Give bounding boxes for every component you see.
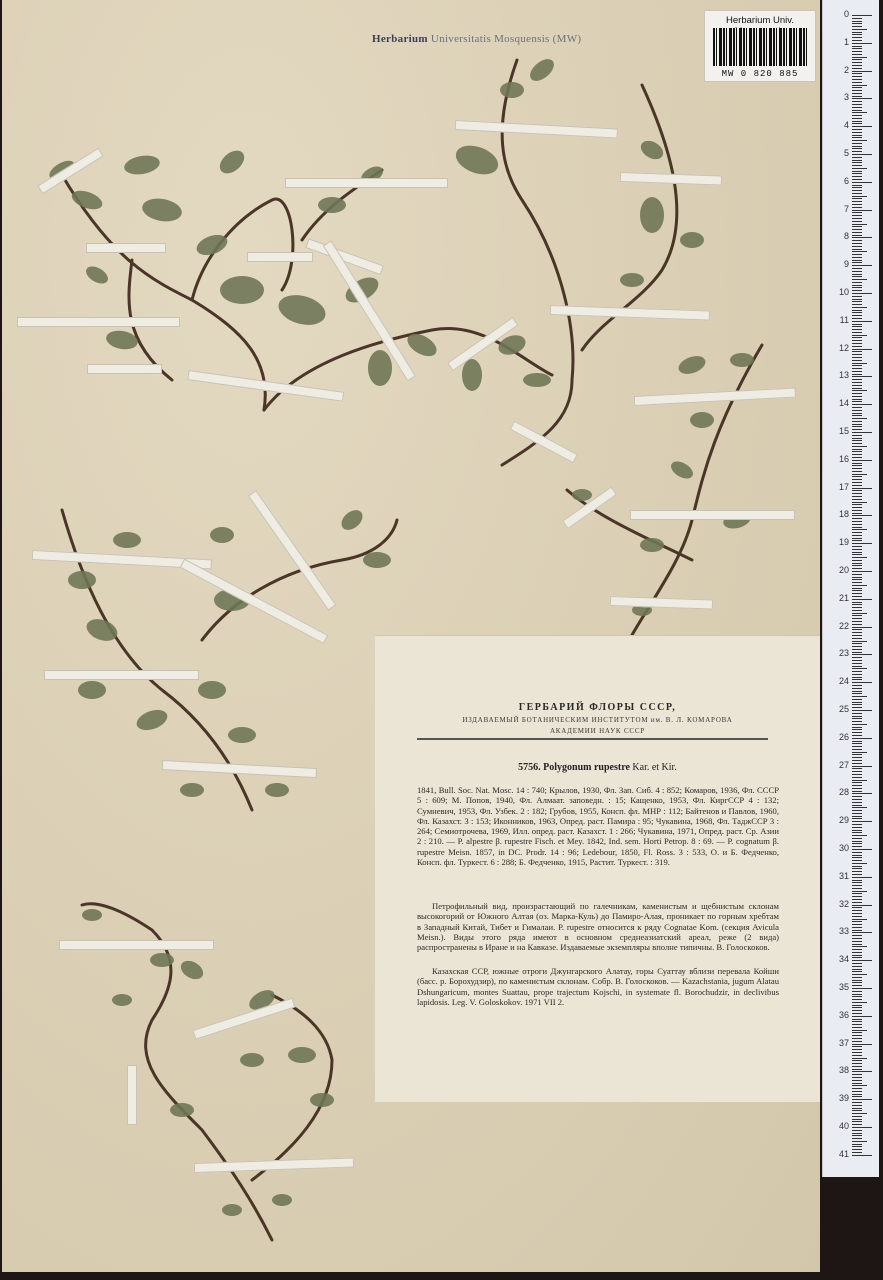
- ruler-mark: 4: [823, 126, 879, 127]
- ruler-minor-tick: [852, 838, 862, 839]
- ruler-minor-tick: [852, 604, 862, 605]
- ruler-mark: 7: [823, 210, 879, 211]
- ruler-minor-tick: [852, 143, 862, 144]
- ruler-minor-tick: [852, 1108, 862, 1109]
- ruler-minor-tick: [852, 641, 867, 642]
- ruler-label: 5: [827, 148, 849, 158]
- ruler-label: 14: [827, 398, 849, 408]
- ruler-minor-tick: [852, 201, 862, 202]
- ruler-label: 37: [827, 1038, 849, 1048]
- ruler-minor-tick: [852, 688, 862, 689]
- ruler-minor-tick: [852, 713, 862, 714]
- ruler-minor-tick: [852, 115, 862, 116]
- specimen-label: ГЕРБАРИЙ ФЛОРЫ СССР, ИЗДАВАЕМЫЙ БОТАНИЧЕ…: [375, 635, 820, 1102]
- ruler-minor-tick: [852, 1135, 862, 1136]
- ruler-minor-tick: [852, 935, 862, 936]
- ruler-minor-tick: [852, 621, 862, 622]
- label-header-title: ГЕРБАРИЙ ФЛОРЫ СССР,: [375, 702, 820, 713]
- ruler-minor-tick: [852, 415, 862, 416]
- ruler-minor-tick: [852, 160, 862, 161]
- ruler-minor-tick: [852, 37, 862, 38]
- ruler-tick: [852, 98, 872, 99]
- ruler-minor-tick: [852, 521, 862, 522]
- ruler-minor-tick: [852, 260, 862, 261]
- ruler-label: 16: [827, 454, 849, 464]
- ruler-minor-tick: [852, 96, 862, 97]
- ruler-minor-tick: [852, 399, 862, 400]
- ruler-minor-tick: [852, 274, 862, 275]
- cm-scale-ruler: 0123456789101112131415161718192021222324…: [822, 0, 879, 1177]
- ruler-mark: 21: [823, 599, 879, 600]
- ruler-minor-tick: [852, 249, 862, 250]
- ruler-minor-tick: [852, 151, 862, 152]
- ruler-minor-tick: [852, 479, 862, 480]
- ruler-minor-tick: [852, 724, 867, 725]
- ruler-label: 15: [827, 426, 849, 436]
- ruler-minor-tick: [852, 696, 867, 697]
- ruler-tick: [852, 710, 872, 711]
- ruler-minor-tick: [852, 899, 862, 900]
- ruler-minor-tick: [852, 57, 867, 58]
- ruler-minor-tick: [852, 23, 862, 24]
- ruler-mark: 36: [823, 1016, 879, 1017]
- ruler-minor-tick: [852, 949, 862, 950]
- ruler-tick: [852, 627, 872, 628]
- ruler-minor-tick: [852, 529, 867, 530]
- ruler-mark: 0: [823, 15, 879, 16]
- ruler-minor-tick: [852, 474, 867, 475]
- ruler-minor-tick: [852, 593, 862, 594]
- ruler-minor-tick: [852, 107, 862, 108]
- ruler-minor-tick: [852, 1021, 862, 1022]
- ruler-minor-tick: [852, 588, 862, 589]
- ruler-mark: 41: [823, 1155, 879, 1156]
- ruler-minor-tick: [852, 677, 862, 678]
- ruler-minor-tick: [852, 735, 862, 736]
- ruler-minor-tick: [852, 1094, 862, 1095]
- ruler-minor-tick: [852, 1038, 862, 1039]
- ruler-minor-tick: [852, 752, 867, 753]
- ruler-minor-tick: [852, 944, 862, 945]
- ruler-minor-tick: [852, 221, 862, 222]
- ruler-tick: [852, 988, 872, 989]
- ruler-label: 2: [827, 65, 849, 75]
- ruler-minor-tick: [852, 110, 862, 111]
- ruler-minor-tick: [852, 62, 862, 63]
- ruler-minor-tick: [852, 679, 862, 680]
- ruler-minor-tick: [852, 874, 862, 875]
- ruler-minor-tick: [852, 287, 862, 288]
- ruler-tick: [852, 210, 872, 211]
- ruler-minor-tick: [852, 860, 862, 861]
- ruler-minor-tick: [852, 707, 862, 708]
- ruler-minor-tick: [852, 835, 867, 836]
- ruler-minor-tick: [852, 919, 867, 920]
- ruler-minor-tick: [852, 190, 862, 191]
- ruler-minor-tick: [852, 48, 862, 49]
- ruler-minor-tick: [852, 215, 862, 216]
- ruler-tick: [852, 43, 872, 44]
- ruler-minor-tick: [852, 549, 862, 550]
- ruler-minor-tick: [852, 290, 862, 291]
- ruler-label: 32: [827, 899, 849, 909]
- ruler-minor-tick: [852, 930, 862, 931]
- ruler-minor-tick: [852, 1058, 867, 1059]
- ruler-minor-tick: [852, 1049, 862, 1050]
- ruler-minor-tick: [852, 524, 862, 525]
- ruler-minor-tick: [852, 771, 862, 772]
- ruler-label: 36: [827, 1010, 849, 1020]
- ruler-minor-tick: [852, 296, 862, 297]
- ruler-label: 13: [827, 370, 849, 380]
- ruler-minor-tick: [852, 1085, 867, 1086]
- ruler-tick: [852, 1127, 872, 1128]
- ruler-tick: [852, 126, 872, 127]
- ruler-minor-tick: [852, 749, 862, 750]
- ruler-minor-tick: [852, 232, 862, 233]
- ruler-minor-tick: [852, 1019, 862, 1020]
- ruler-tick: [852, 1016, 872, 1017]
- ruler-minor-tick: [852, 140, 867, 141]
- ruler-minor-tick: [852, 1035, 862, 1036]
- ruler-minor-tick: [852, 68, 862, 69]
- ruler-mark: 19: [823, 543, 879, 544]
- ruler-minor-tick: [852, 660, 862, 661]
- ruler-minor-tick: [852, 429, 862, 430]
- ruler-mark: 11: [823, 321, 879, 322]
- ruler-minor-tick: [852, 691, 862, 692]
- ruler-label: 8: [827, 231, 849, 241]
- ruler-minor-tick: [852, 168, 867, 169]
- ruler-minor-tick: [852, 426, 862, 427]
- ruler-minor-tick: [852, 390, 867, 391]
- ruler-minor-tick: [852, 449, 862, 450]
- ruler-minor-tick: [852, 396, 862, 397]
- ruler-minor-tick: [852, 262, 862, 263]
- ruler-minor-tick: [852, 810, 862, 811]
- ruler-minor-tick: [852, 996, 862, 997]
- ruler-minor-tick: [852, 246, 862, 247]
- ruler-minor-tick: [852, 29, 867, 30]
- ruler-tick: [852, 460, 872, 461]
- ruler-tick: [852, 376, 872, 377]
- ruler-label: 25: [827, 704, 849, 714]
- ruler-minor-tick: [852, 171, 862, 172]
- ruler-mark: 24: [823, 682, 879, 683]
- ruler-mark: 20: [823, 571, 879, 572]
- ruler-minor-tick: [852, 157, 862, 158]
- ruler-minor-tick: [852, 746, 862, 747]
- ruler-minor-tick: [852, 582, 862, 583]
- ruler-minor-tick: [852, 757, 862, 758]
- ruler-minor-tick: [852, 40, 862, 41]
- ruler-minor-tick: [852, 982, 862, 983]
- ruler-minor-tick: [852, 535, 862, 536]
- ruler-minor-tick: [852, 118, 862, 119]
- ruler-minor-tick: [852, 254, 862, 255]
- ruler-tick: [852, 877, 872, 878]
- ruler-minor-tick: [852, 135, 862, 136]
- ruler-minor-tick: [852, 357, 862, 358]
- ruler-minor-tick: [852, 251, 867, 252]
- ruler-minor-tick: [852, 585, 867, 586]
- ruler-mark: 17: [823, 488, 879, 489]
- ruler-minor-tick: [852, 977, 862, 978]
- ruler-minor-tick: [852, 137, 862, 138]
- ruler-minor-tick: [852, 971, 862, 972]
- ruler-label: 39: [827, 1093, 849, 1103]
- ruler-minor-tick: [852, 1138, 862, 1139]
- ruler-minor-tick: [852, 685, 862, 686]
- ruler-minor-tick: [852, 499, 862, 500]
- ruler-minor-tick: [852, 465, 862, 466]
- ruler-minor-tick: [852, 410, 862, 411]
- ruler-minor-tick: [852, 743, 862, 744]
- ruler-minor-tick: [852, 888, 862, 889]
- ruler-mark: 6: [823, 182, 879, 183]
- ruler-minor-tick: [852, 335, 867, 336]
- ruler-minor-tick: [852, 716, 862, 717]
- ruler-minor-tick: [852, 830, 862, 831]
- ruler-minor-tick: [852, 763, 862, 764]
- ruler-minor-tick: [852, 999, 862, 1000]
- ruler-tick: [852, 1044, 872, 1045]
- ruler-minor-tick: [852, 994, 862, 995]
- ruler-minor-tick: [852, 832, 862, 833]
- ruler-tick: [852, 905, 872, 906]
- ruler-label: 34: [827, 954, 849, 964]
- ruler-minor-tick: [852, 891, 867, 892]
- ruler-minor-tick: [852, 226, 862, 227]
- ruler-minor-tick: [852, 368, 862, 369]
- ruler-minor-tick: [852, 557, 867, 558]
- ruler-minor-tick: [852, 1046, 862, 1047]
- ruler-minor-tick: [852, 513, 862, 514]
- mounting-strip: [87, 364, 162, 374]
- ruler-minor-tick: [852, 388, 862, 389]
- ruler-minor-tick: [852, 607, 862, 608]
- ruler-minor-tick: [852, 702, 862, 703]
- ruler-minor-tick: [852, 337, 862, 338]
- ruler-mark: 39: [823, 1099, 879, 1100]
- ruler-minor-tick: [852, 938, 862, 939]
- barcode-label: Herbarium Univ. Mosquensis MW 0 820 885: [704, 10, 816, 82]
- ruler-minor-tick: [852, 463, 862, 464]
- ruler-minor-tick: [852, 699, 862, 700]
- ruler-minor-tick: [852, 590, 862, 591]
- ruler-minor-tick: [852, 451, 862, 452]
- ruler-minor-tick: [852, 418, 867, 419]
- ruler-minor-tick: [852, 1124, 862, 1125]
- ruler-minor-tick: [852, 346, 862, 347]
- ruler-minor-tick: [852, 421, 862, 422]
- ruler-minor-tick: [852, 340, 862, 341]
- ruler-mark: 15: [823, 432, 879, 433]
- ruler-minor-tick: [852, 1030, 867, 1031]
- ruler-minor-tick: [852, 379, 862, 380]
- ruler-minor-tick: [852, 382, 862, 383]
- ruler-minor-tick: [852, 963, 862, 964]
- ruler-minor-tick: [852, 1010, 862, 1011]
- ruler-tick: [852, 821, 872, 822]
- ruler-minor-tick: [852, 34, 862, 35]
- ruler-mark: 32: [823, 905, 879, 906]
- ruler-mark: 35: [823, 988, 879, 989]
- ruler-minor-tick: [852, 846, 862, 847]
- ruler-mark: 16: [823, 460, 879, 461]
- ruler-minor-tick: [852, 896, 862, 897]
- ruler-minor-tick: [852, 741, 862, 742]
- ruler-minor-tick: [852, 729, 862, 730]
- ruler-minor-tick: [852, 129, 862, 130]
- ruler-minor-tick: [852, 1152, 862, 1153]
- ruler-tick: [852, 488, 872, 489]
- label-locality: Казахская ССР, южные отроги Джунгарского…: [417, 966, 779, 1007]
- ruler-minor-tick: [852, 1130, 862, 1131]
- ruler-minor-tick: [852, 1024, 862, 1025]
- ruler-minor-tick: [852, 560, 862, 561]
- ruler-minor-tick: [852, 671, 862, 672]
- ruler-minor-tick: [852, 974, 867, 975]
- ruler-tick: [852, 1099, 872, 1100]
- ruler-minor-tick: [852, 207, 862, 208]
- ruler-label: 0: [827, 9, 849, 19]
- ruler-minor-tick: [852, 704, 862, 705]
- ruler-minor-tick: [852, 554, 862, 555]
- ruler-minor-tick: [852, 1077, 862, 1078]
- ruler-minor-tick: [852, 791, 862, 792]
- ruler-minor-tick: [852, 93, 862, 94]
- ruler-minor-tick: [852, 424, 862, 425]
- ruler-minor-tick: [852, 663, 862, 664]
- ruler-minor-tick: [852, 401, 862, 402]
- ruler-tick: [852, 321, 872, 322]
- ruler-tick: [852, 599, 872, 600]
- ruler-minor-tick: [852, 360, 862, 361]
- ruler-minor-tick: [852, 510, 862, 511]
- ruler-minor-tick: [852, 805, 862, 806]
- ruler-minor-tick: [852, 385, 862, 386]
- ruler-label: 19: [827, 537, 849, 547]
- ruler-label: 29: [827, 815, 849, 825]
- ruler-minor-tick: [852, 307, 867, 308]
- ruler-minor-tick: [852, 485, 862, 486]
- ruler-label: 10: [827, 287, 849, 297]
- ruler-minor-tick: [852, 852, 862, 853]
- ruler-minor-tick: [852, 374, 862, 375]
- ruler-tick: [852, 154, 872, 155]
- ruler-minor-tick: [852, 880, 862, 881]
- barcode-bars: [713, 28, 807, 66]
- ruler-minor-tick: [852, 312, 862, 313]
- ruler-minor-tick: [852, 471, 862, 472]
- ruler-minor-tick: [852, 224, 867, 225]
- ruler-minor-tick: [852, 165, 862, 166]
- ruler-minor-tick: [852, 518, 862, 519]
- ruler-minor-tick: [852, 365, 862, 366]
- label-header-academy: АКАДЕМИИ НАУК СССР: [375, 727, 820, 735]
- ruler-minor-tick: [852, 574, 862, 575]
- mounting-strip: [86, 243, 166, 253]
- ruler-tick: [852, 15, 872, 16]
- ruler-minor-tick: [852, 613, 867, 614]
- ruler-minor-tick: [852, 496, 862, 497]
- ruler-minor-tick: [852, 777, 862, 778]
- ruler-minor-tick: [852, 235, 862, 236]
- ruler-label: 18: [827, 509, 849, 519]
- ruler-minor-tick: [852, 666, 862, 667]
- ruler-minor-tick: [852, 73, 862, 74]
- ruler-minor-tick: [852, 768, 862, 769]
- ruler-tick: [852, 182, 872, 183]
- ruler-minor-tick: [852, 813, 862, 814]
- ruler-minor-tick: [852, 343, 862, 344]
- ruler-minor-tick: [852, 1149, 862, 1150]
- ruler-minor-tick: [852, 32, 862, 33]
- label-description: Петрофильный вид, произрастающий по гале…: [417, 901, 779, 952]
- ruler-minor-tick: [852, 257, 862, 258]
- ruler-label: 33: [827, 926, 849, 936]
- ruler-minor-tick: [852, 618, 862, 619]
- ruler-minor-tick: [852, 693, 862, 694]
- ruler-minor-tick: [852, 310, 862, 311]
- ruler-tick: [852, 682, 872, 683]
- ruler-minor-tick: [852, 1083, 862, 1084]
- ruler-tick: [852, 432, 872, 433]
- ruler-minor-tick: [852, 490, 862, 491]
- ruler-minor-tick: [852, 718, 862, 719]
- ruler-minor-tick: [852, 863, 867, 864]
- ruler-minor-tick: [852, 65, 862, 66]
- ruler-label: 4: [827, 120, 849, 130]
- ruler-minor-tick: [852, 902, 862, 903]
- ruler-label: 30: [827, 843, 849, 853]
- ruler-tick: [852, 654, 872, 655]
- ruler-minor-tick: [852, 760, 862, 761]
- ruler-minor-tick: [852, 910, 862, 911]
- ruler-mark: 28: [823, 793, 879, 794]
- ruler-minor-tick: [852, 318, 862, 319]
- ruler-minor-tick: [852, 1066, 862, 1067]
- ruler-minor-tick: [852, 1133, 862, 1134]
- ruler-minor-tick: [852, 552, 862, 553]
- ruler-minor-tick: [852, 468, 862, 469]
- ruler-minor-tick: [852, 324, 862, 325]
- ruler-minor-tick: [852, 882, 862, 883]
- label-header-publisher: ИЗДАВАЕМЫЙ БОТАНИЧЕСКИМ ИНСТИТУТОМ им. В…: [375, 716, 820, 724]
- ruler-minor-tick: [852, 285, 862, 286]
- ruler-label: 27: [827, 760, 849, 770]
- ruler-mark: 40: [823, 1127, 879, 1128]
- ruler-minor-tick: [852, 1063, 862, 1064]
- ruler-minor-tick: [852, 602, 862, 603]
- ruler-minor-tick: [852, 782, 862, 783]
- ruler-minor-tick: [852, 304, 862, 305]
- ruler-minor-tick: [852, 563, 862, 564]
- ruler-minor-tick: [852, 1110, 862, 1111]
- ruler-minor-tick: [852, 413, 862, 414]
- ruler-minor-tick: [852, 952, 862, 953]
- ruler-mark: 29: [823, 821, 879, 822]
- ruler-minor-tick: [852, 198, 862, 199]
- ruler-minor-tick: [852, 438, 862, 439]
- ruler-minor-tick: [852, 824, 862, 825]
- ruler-mark: 14: [823, 404, 879, 405]
- ruler-minor-tick: [852, 1146, 862, 1147]
- ruler-label: 3: [827, 92, 849, 102]
- ruler-tick: [852, 349, 872, 350]
- ruler-mark: 5: [823, 154, 879, 155]
